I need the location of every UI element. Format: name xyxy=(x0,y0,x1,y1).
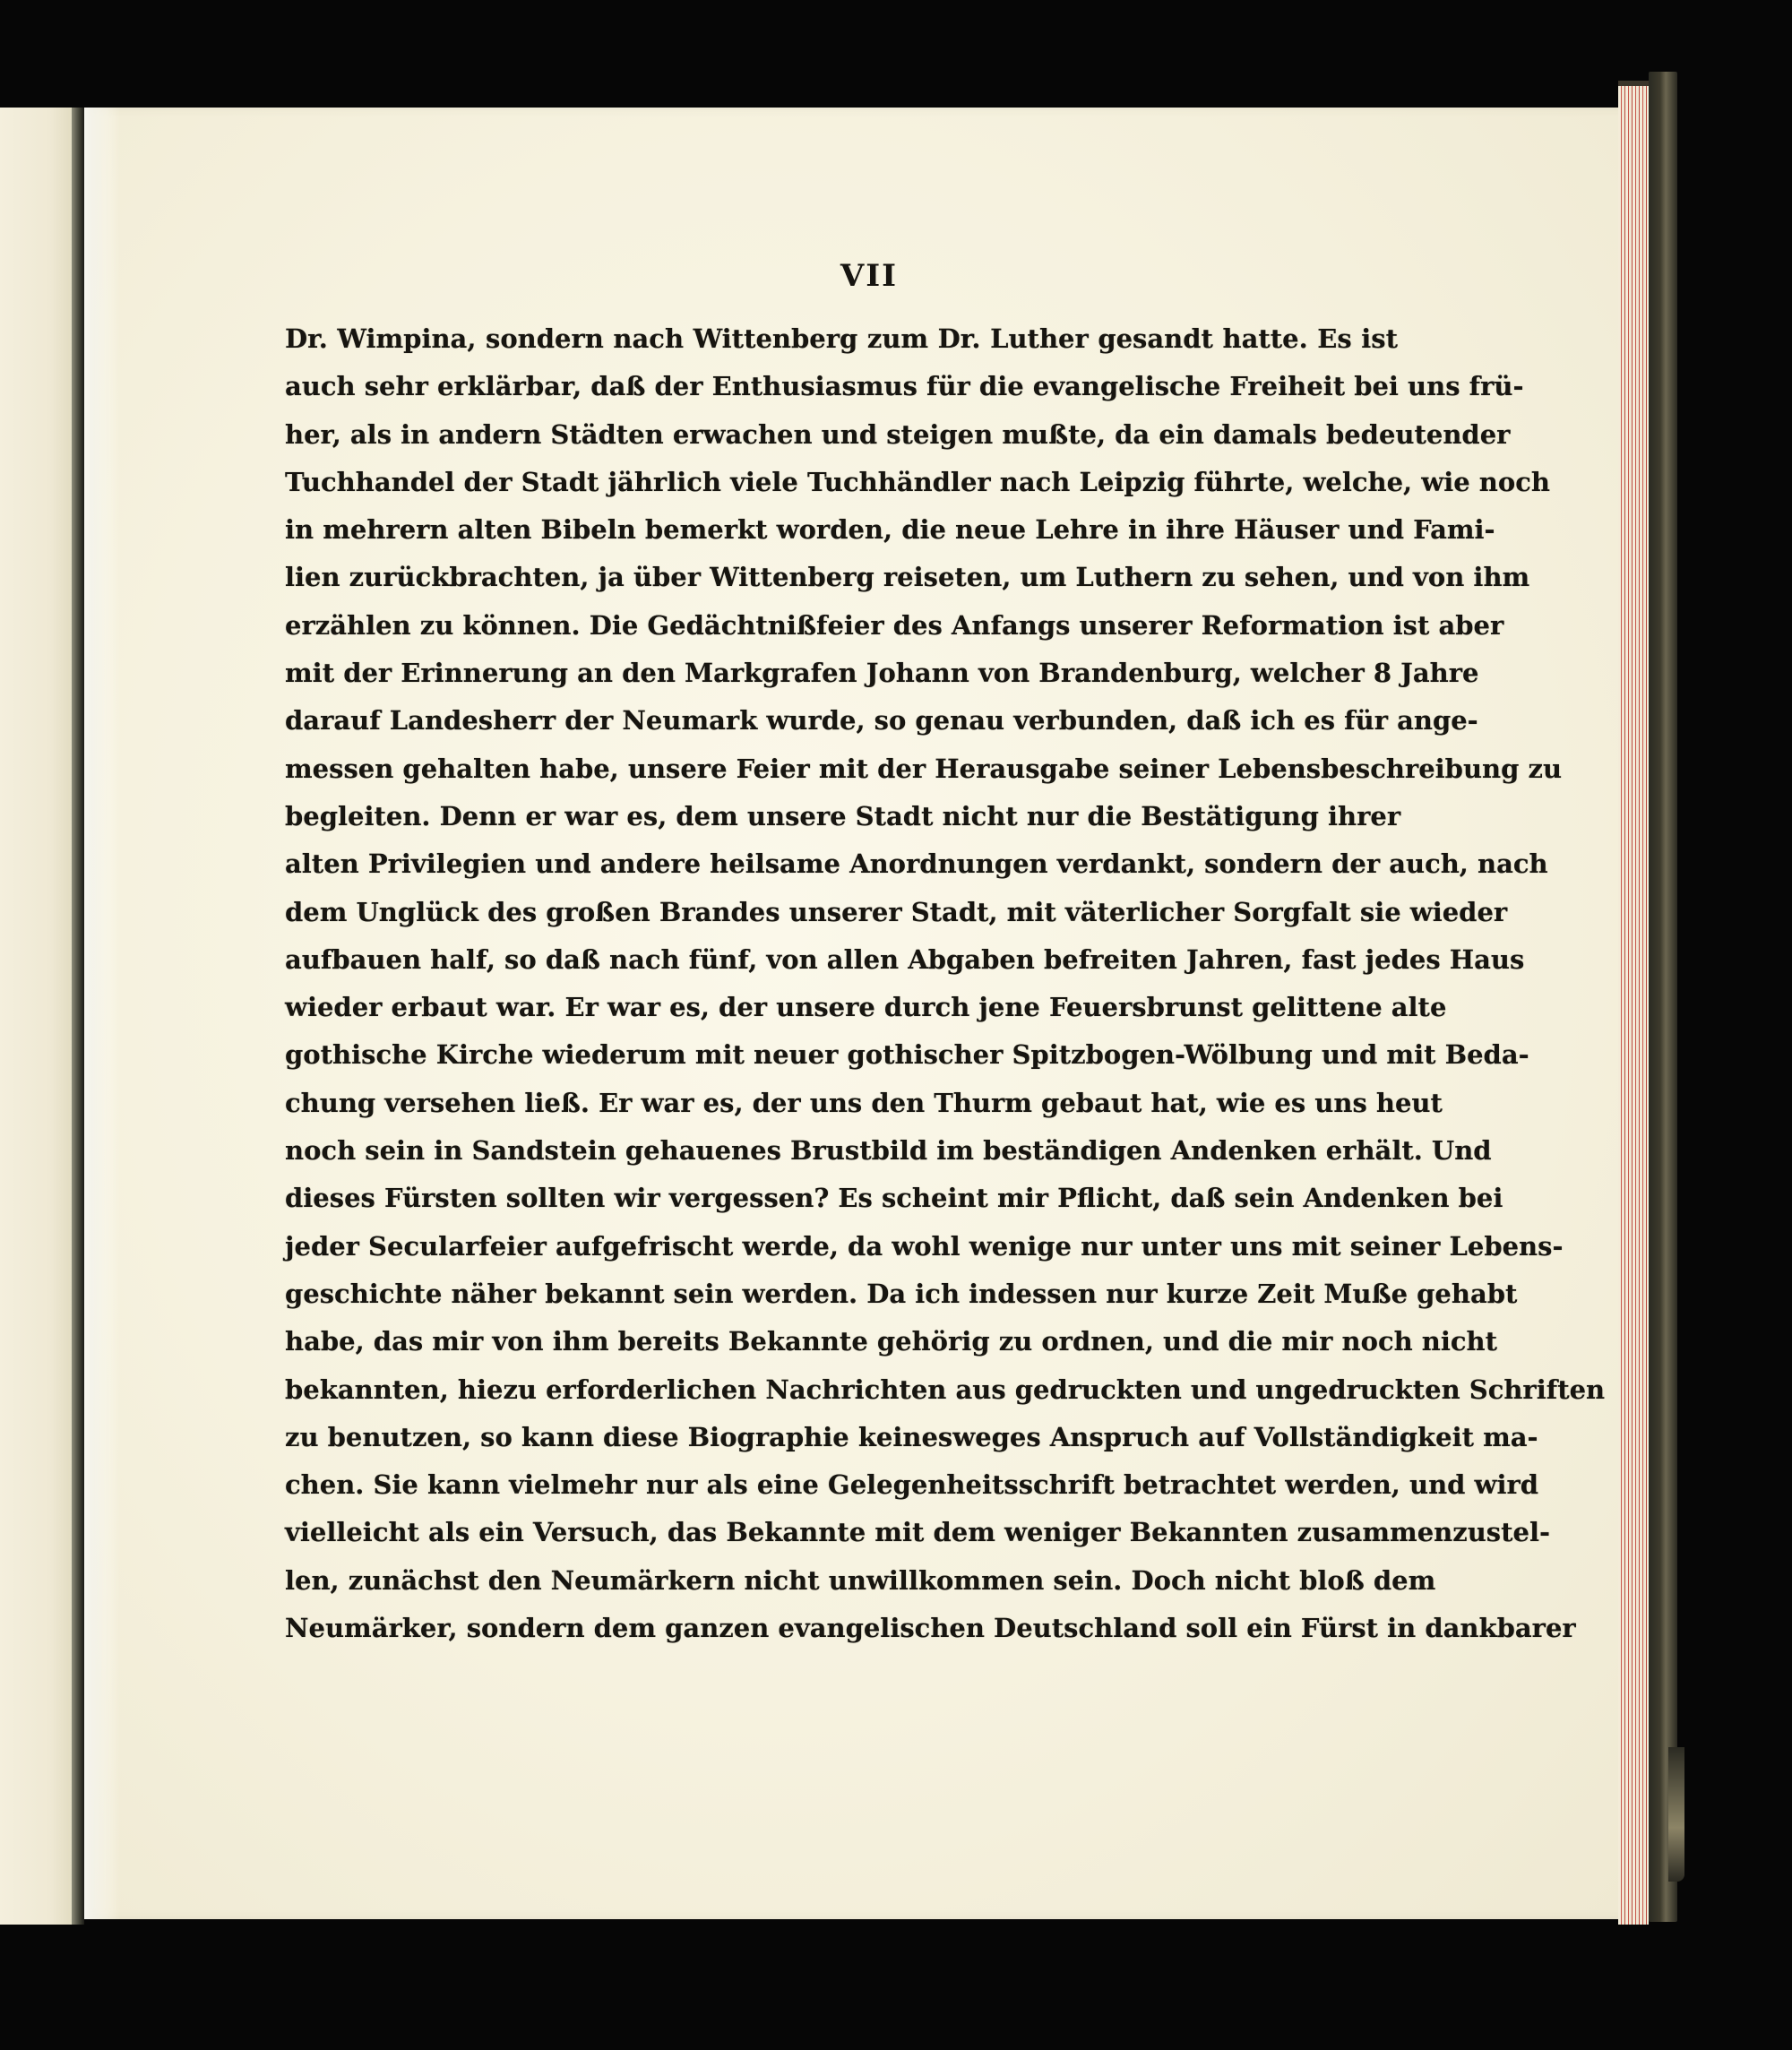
text-line: chung versehen ließ. Er war es, der uns … xyxy=(285,1080,1398,1127)
text-line: chen. Sie kann vielmehr nur als eine Gel… xyxy=(285,1461,1398,1509)
text-line: in mehrern alten Bibeln bemerkt worden, … xyxy=(285,506,1398,554)
book-scan: VII Dr. Wimpina, sondern nach Wittenberg… xyxy=(0,0,1792,2050)
text-line: her, als in andern Städten erwachen und … xyxy=(285,411,1398,459)
text-line: vielleicht als ein Versuch, das Bekannte… xyxy=(285,1509,1398,1556)
text-line: Tuchhandel der Stadt jährlich viele Tuch… xyxy=(285,459,1398,506)
text-line: lien zurückbrachten, ja über Wittenberg … xyxy=(285,554,1398,601)
text-line: darauf Landesherr der Neumark wurde, so … xyxy=(285,697,1398,745)
text-line: wieder erbaut war. Er war es, der unsere… xyxy=(285,984,1398,1031)
text-line: erzählen zu können. Die Gedächtnißfeier … xyxy=(285,602,1398,650)
cover-corner xyxy=(1668,1747,1684,1882)
text-line: mit der Erinnerung an den Markgrafen Joh… xyxy=(285,650,1398,697)
text-line: bekannten, hiezu erforderlichen Nachrich… xyxy=(285,1366,1398,1414)
text-line: begleiten. Denn er war es, dem unsere St… xyxy=(285,793,1398,840)
text-line: Dr. Wimpina, sondern nach Wittenberg zum… xyxy=(285,315,1398,363)
body-text: Dr. Wimpina, sondern nach Wittenberg zum… xyxy=(285,315,1398,1652)
text-line: messen gehalten habe, unsere Feier mit d… xyxy=(285,745,1398,793)
text-line: alten Privilegien und andere heilsame An… xyxy=(285,840,1398,888)
text-line: len, zunächst den Neumärkern nicht unwil… xyxy=(285,1557,1398,1605)
text-line: jeder Secularfeier aufgefrischt werde, d… xyxy=(285,1223,1398,1270)
left-page-edge xyxy=(0,108,72,1925)
text-line: zu benutzen, so kann diese Biographie ke… xyxy=(285,1414,1398,1461)
book-gutter xyxy=(72,108,84,1925)
cover-board xyxy=(1649,72,1677,1922)
page-block-edges xyxy=(1618,81,1649,1925)
text-line: aufbauen half, so daß nach fünf, von all… xyxy=(285,936,1398,984)
text-line: dieses Fürsten sollten wir vergessen? Es… xyxy=(285,1175,1398,1222)
page-fold-shade xyxy=(84,108,120,1919)
text-line: auch sehr erklärbar, daß der Enthusiasmu… xyxy=(285,363,1398,410)
text-line: gothische Kirche wiederum mit neuer goth… xyxy=(285,1031,1398,1079)
text-line: Neumärker, sondern dem ganzen evangelisc… xyxy=(285,1605,1398,1652)
page-number: VII xyxy=(84,258,1618,294)
text-line: habe, das mir von ihm bereits Bekannte g… xyxy=(285,1318,1398,1365)
text-line: dem Unglück des großen Brandes unserer S… xyxy=(285,889,1398,936)
text-line: geschichte näher bekannt sein werden. Da… xyxy=(285,1270,1398,1318)
right-page: VII Dr. Wimpina, sondern nach Wittenberg… xyxy=(84,108,1618,1919)
text-line: noch sein in Sandstein gehauenes Brustbi… xyxy=(285,1127,1398,1175)
